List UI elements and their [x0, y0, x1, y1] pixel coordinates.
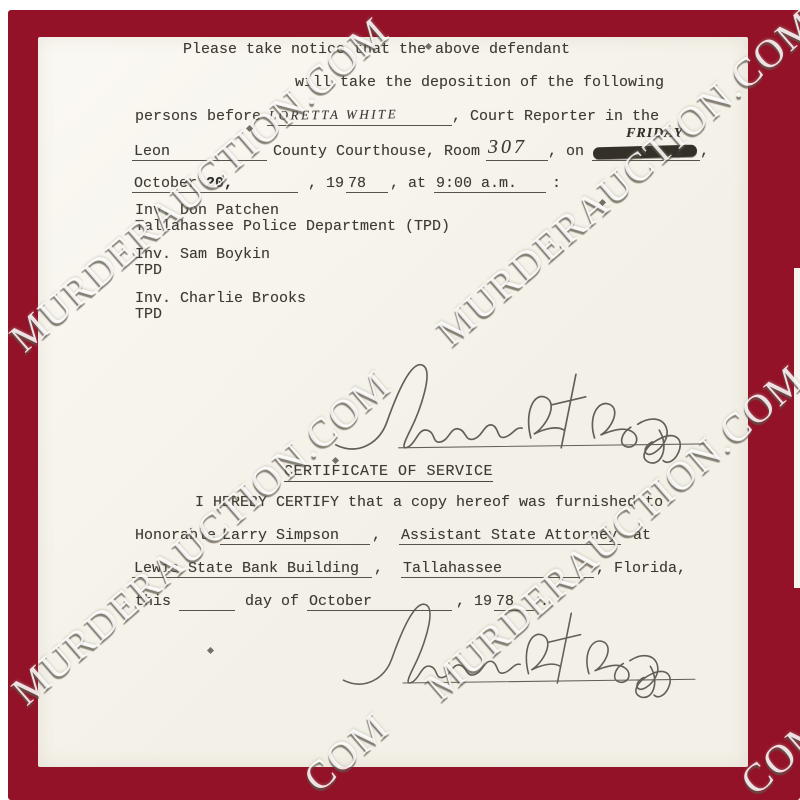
court-reporter-blank: LORETTA WHITE: [267, 107, 452, 126]
scanned-document-photo: Please take notice that the above defend…: [0, 0, 800, 800]
period: .: [540, 593, 549, 610]
witness-entry: Inv. Sam Boykin TPD: [135, 247, 270, 279]
notice-line-3: persons beforeLORETTA WHITE, Court Repor…: [135, 107, 659, 126]
certificate-line-4: thisday ofOctober, 1978.: [135, 593, 549, 611]
honorable-label: Honorable: [135, 527, 216, 544]
redaction-mark: [593, 145, 697, 160]
day-of-label: day of: [245, 593, 299, 610]
certificate-body: I HEREBY CERTIFY that a copy hereof was …: [195, 494, 663, 511]
date-blank: October 20,: [132, 175, 298, 193]
witness-dept: Tallahassee Police Department (TPD): [135, 219, 450, 235]
date-day-overtyped: 20,: [206, 175, 233, 192]
witness-entry: Inv. Don Patchen Tallahassee Police Depa…: [135, 203, 450, 235]
witness-name: Inv. Sam Boykin: [135, 247, 270, 263]
attorney-name-blank: Larry Simpson: [220, 527, 370, 545]
at-label: at: [633, 527, 651, 544]
witness-entry: Inv. Charlie Brooks TPD: [135, 291, 306, 323]
year-blank: 78: [494, 593, 534, 611]
attorney-title-blank: Assistant State Attorney: [399, 527, 621, 545]
witness-dept: TPD: [135, 263, 270, 279]
certificate-title-row: CERTIFICATE OF SERVICE: [284, 463, 493, 480]
year-label: , 19: [456, 593, 492, 610]
county-blank: Leon: [132, 143, 267, 161]
witness-name: Inv. Don Patchen: [135, 203, 450, 219]
notice-line-2: will take the deposition of the followin…: [295, 74, 664, 91]
weekday-blank: FRIDAY: [592, 143, 700, 161]
witness-dept: TPD: [135, 307, 306, 323]
defendant-signature-scrawl: [328, 354, 720, 472]
scan-edge-artifact: [794, 268, 800, 588]
notice-line-5: October 20,, 1978, at9:00 a.m.:: [132, 175, 561, 193]
comma: ,: [372, 527, 381, 544]
comma: ,: [374, 560, 383, 577]
notice-line-1: Please take notice that the above defend…: [183, 41, 570, 58]
time-value: 9:00 a.m.: [436, 175, 517, 192]
month-value: October: [309, 593, 372, 610]
year-label: , 19: [308, 175, 344, 192]
weekday-handwritten: FRIDAY: [626, 125, 683, 142]
court-reporter-suffix: , Court Reporter in the: [452, 108, 659, 125]
month-blank: October: [307, 593, 452, 611]
year-value: 78: [496, 593, 514, 610]
attorney-name: Larry Simpson: [222, 527, 339, 544]
persons-before-label: persons before: [135, 108, 261, 125]
this-label: this: [135, 593, 171, 610]
at-label: , at: [390, 175, 426, 192]
notice-line-4: LeonCounty Courthouse, Room307, onFRIDAY…: [132, 141, 709, 161]
building-value: Lewis State Bank Building: [134, 560, 359, 577]
building-blank: Lewis State Bank Building: [132, 560, 372, 578]
court-reporter-handwritten: LORETTA WHITE: [269, 105, 398, 123]
time-blank: 9:00 a.m.: [434, 175, 546, 193]
date-month: October: [134, 175, 206, 192]
year-value: 78: [348, 175, 366, 192]
line-4-comma: ,: [700, 143, 709, 160]
city-blank: Tallahassee: [401, 560, 594, 578]
on-label: , on: [548, 143, 584, 160]
county-value: Leon: [134, 143, 170, 160]
day-blank: [179, 593, 235, 611]
courthouse-label: County Courthouse, Room: [273, 143, 480, 160]
certificate-line-2: HonorableLarry Simpson,Assistant State A…: [135, 527, 651, 545]
room-handwritten: 307: [488, 139, 527, 156]
certificate-line-3: Lewis State Bank Building,Tallahassee, F…: [132, 560, 686, 578]
colon: :: [552, 175, 561, 192]
attorney-title: Assistant State Attorney: [401, 527, 617, 544]
year-blank: 78: [346, 175, 388, 193]
room-blank: 307: [486, 141, 548, 161]
witness-name: Inv. Charlie Brooks: [135, 291, 306, 307]
certificate-title: CERTIFICATE OF SERVICE: [284, 463, 493, 482]
city-value: Tallahassee: [403, 560, 502, 577]
state-label: , Florida,: [596, 560, 686, 577]
